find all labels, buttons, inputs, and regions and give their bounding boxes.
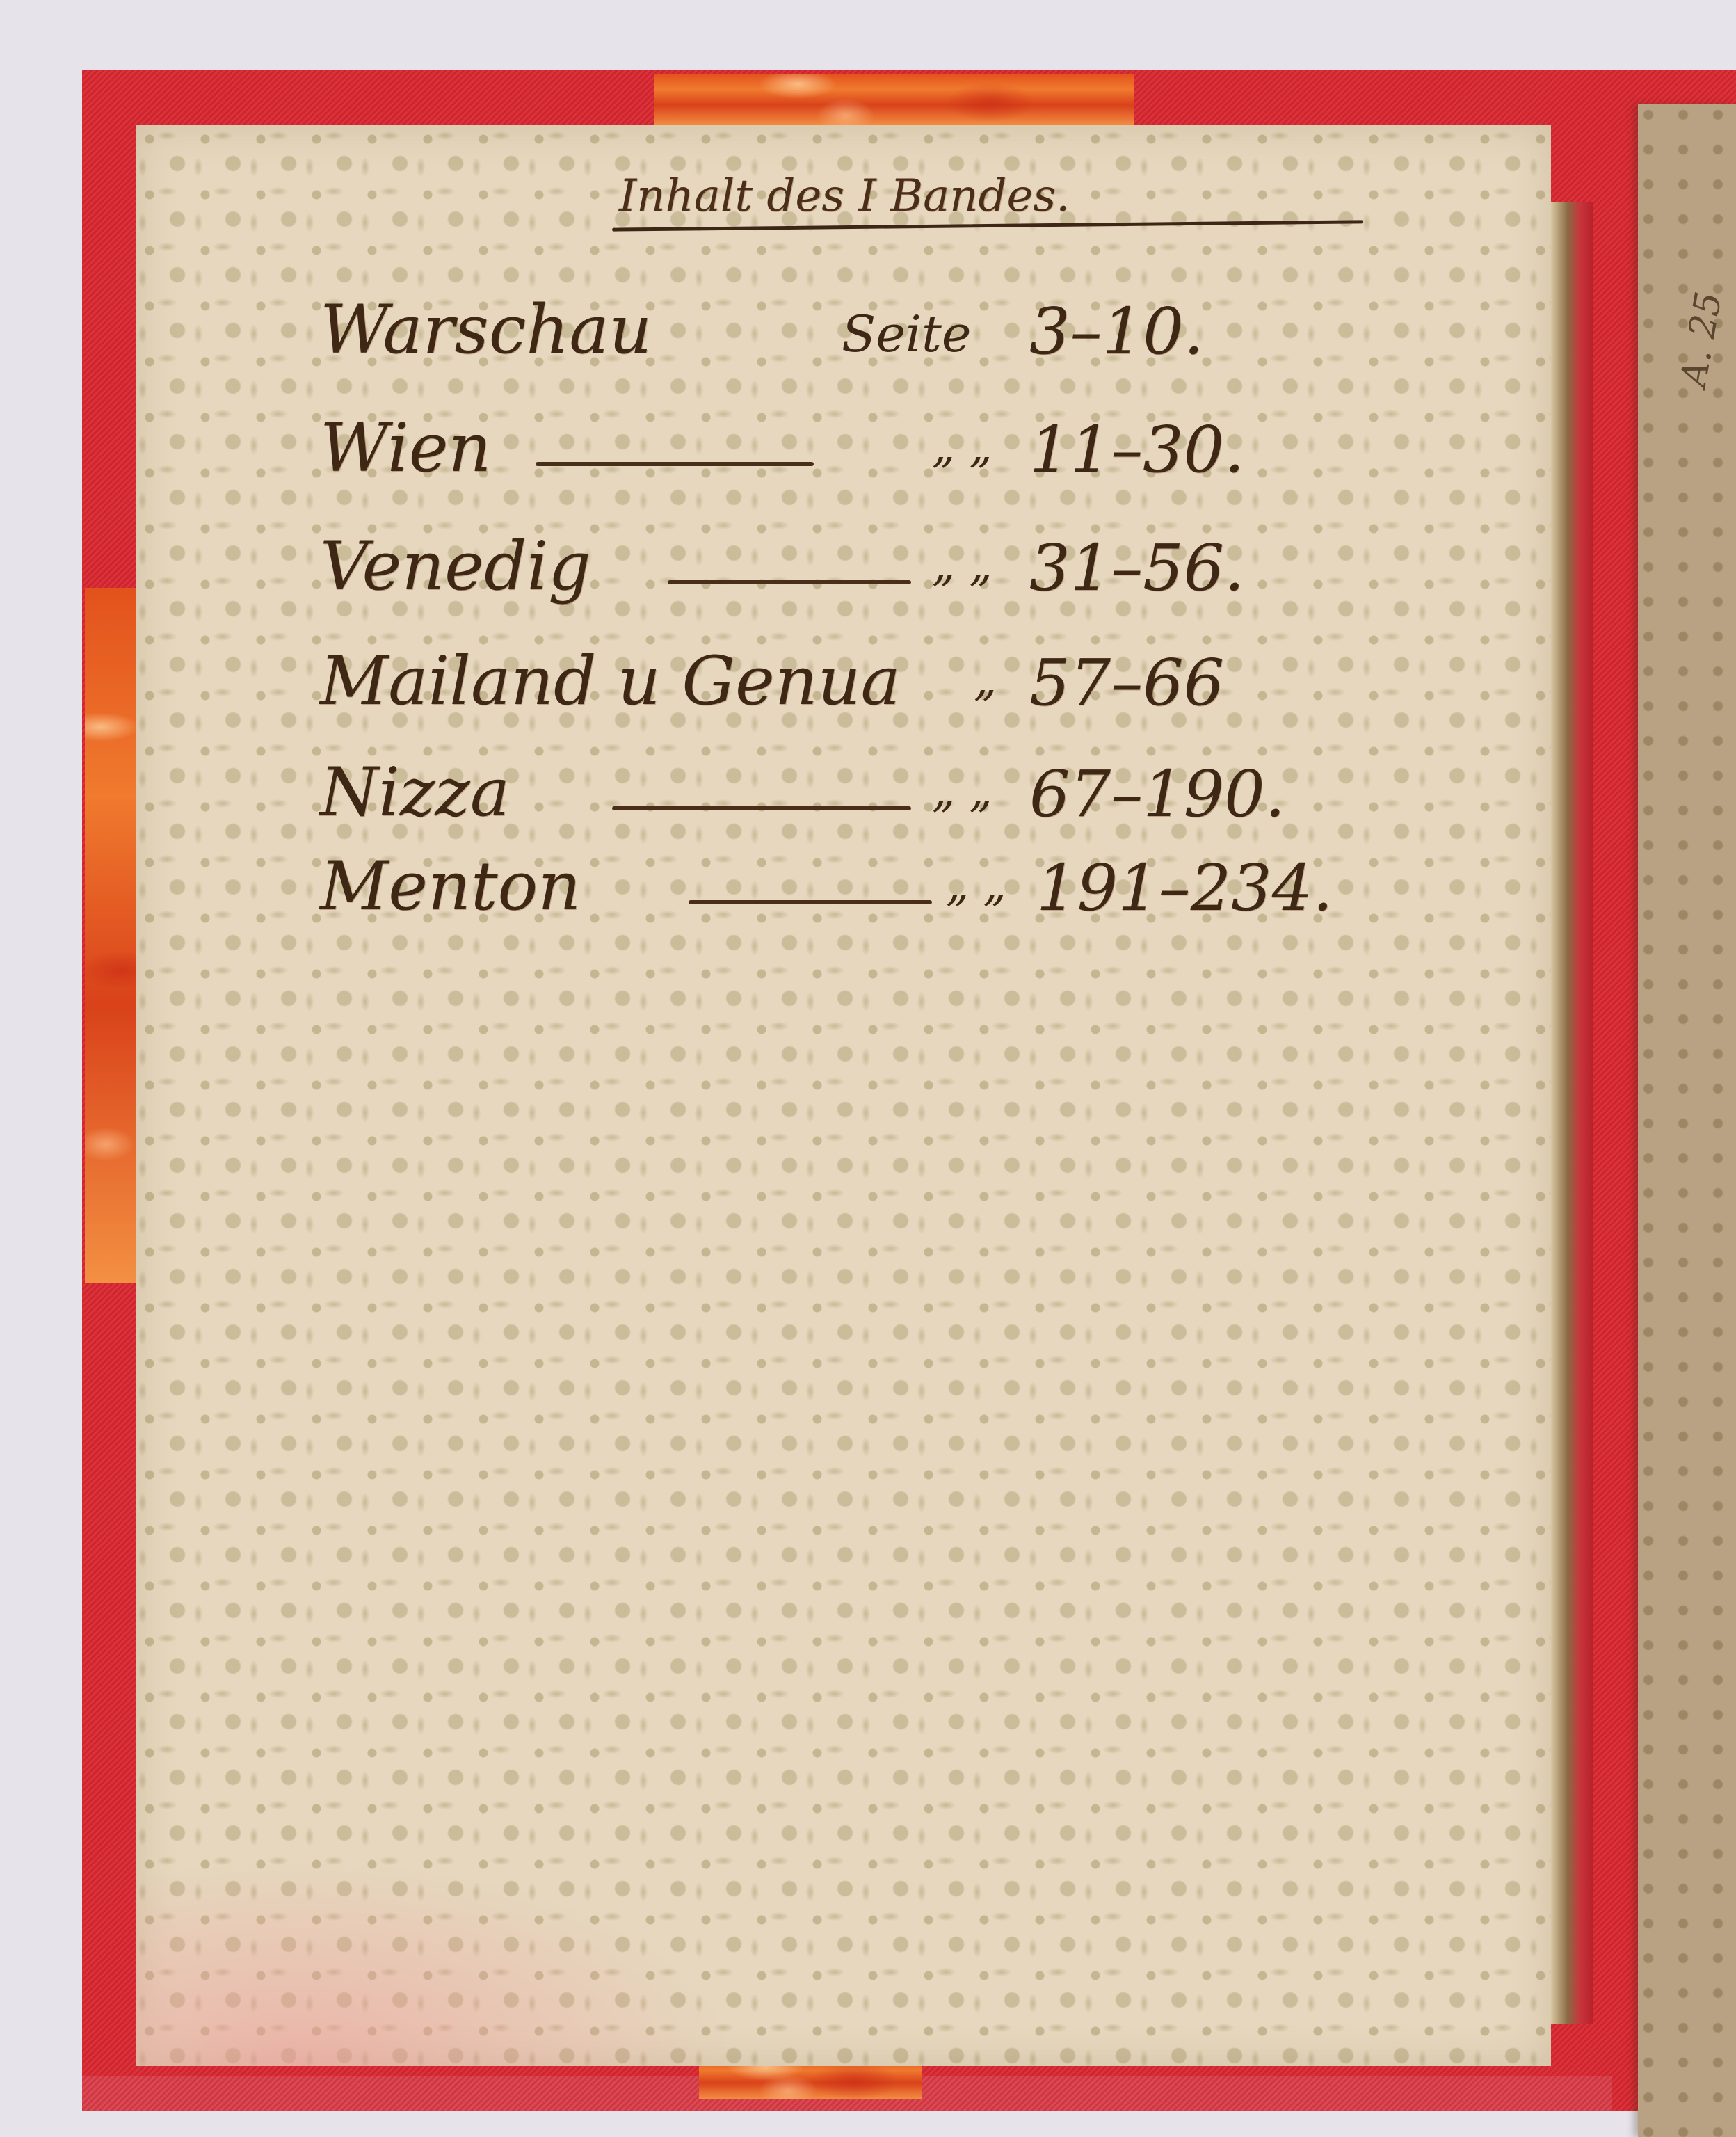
toc-place: Venedig <box>320 527 591 605</box>
toc-title: Inhalt des I Bandes. <box>619 170 1070 222</box>
leader-line <box>612 806 911 810</box>
toc-prefix: „ <box>974 655 997 706</box>
leader-line <box>668 580 911 584</box>
toc-entry: Venedig „ „ 31–56. <box>320 515 1433 619</box>
toc-pages: 191–234. <box>1036 851 1333 925</box>
toc-pages: 31–56. <box>1029 531 1244 605</box>
toc-prefix: „ „ <box>946 860 1006 911</box>
toc-prefix: „ „ <box>932 540 992 591</box>
toc-pages: 3–10. <box>1029 294 1204 369</box>
toc-entry: Mailand u Genua „ 57–66 <box>320 630 1433 734</box>
toc-place: Menton <box>320 847 581 925</box>
toc-entry: Wien „ „ 11–30. <box>320 397 1433 501</box>
toc-place: Mailand u Genua <box>320 642 901 720</box>
next-page-edge: A. 25 <box>1638 104 1736 2137</box>
toc-prefix: „ „ <box>932 422 992 473</box>
next-page-fragment: A. 25 <box>1673 289 1730 390</box>
marbled-patch-top <box>654 74 1134 126</box>
toc-prefix: Seite <box>842 305 972 363</box>
toc-place: Nizza <box>320 753 510 831</box>
leader-line <box>689 900 932 904</box>
book-gutter <box>1551 202 1593 2024</box>
pink-water-stain <box>136 1676 935 2066</box>
toc-entry: Warschau Seite 3–10. <box>320 278 1433 383</box>
marbled-patch-left <box>85 588 137 1283</box>
toc-pages: 57–66 <box>1029 646 1224 720</box>
toc-pages: 67–190. <box>1029 757 1285 831</box>
toc-place: Warschau <box>320 291 652 369</box>
toc-entry: Nizza „ „ 67–190. <box>320 741 1433 845</box>
toc-place: Wien <box>320 409 491 487</box>
leader-line <box>536 462 814 466</box>
toc-prefix: „ „ <box>932 766 992 817</box>
toc-pages: 11–30. <box>1029 413 1244 487</box>
toc-entry: Menton „ „ 191–234. <box>320 835 1433 939</box>
